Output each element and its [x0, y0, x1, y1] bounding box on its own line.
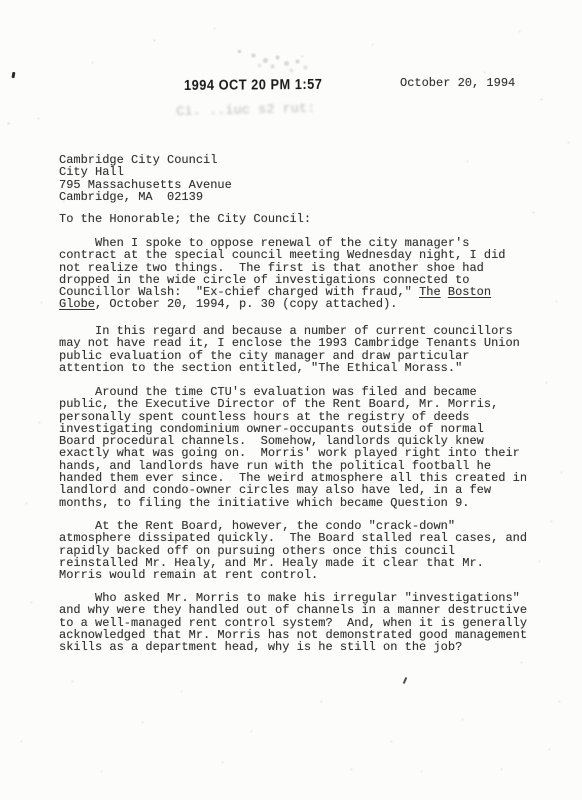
illegible-stamp-line: Ci. ..iuc s2 rut:	[176, 101, 316, 119]
citation-word-boston: Boston	[448, 285, 491, 299]
paragraph-5: Who asked Mr. Morris to make his irregul…	[59, 592, 551, 653]
scan-noise-speckles	[0, 0, 1, 1]
citation-word-globe: Globe	[59, 297, 95, 311]
paragraph-2: In this regard and because a number of c…	[59, 325, 551, 374]
received-date-stamp: 1994 OCT 20 PM 1:57	[184, 78, 322, 94]
letter-date: October 20, 1994	[400, 77, 515, 89]
recipient-address: Cambridge City Council City Hall 795 Mas…	[59, 154, 232, 203]
citation-space	[441, 285, 448, 299]
citation-word-the: The	[419, 285, 441, 299]
paragraph-1-text-end: , October 20, 1994, p. 30 (copy attached…	[95, 297, 397, 311]
ink-smudge	[238, 50, 241, 53]
scan-artifact-mark	[12, 72, 15, 78]
paragraph-4: At the Rent Board, however, the condo "c…	[59, 520, 551, 581]
salutation: To the Honorable; the City Council:	[59, 213, 311, 225]
scan-artifact-mark	[403, 677, 408, 684]
paragraph-3: Around the time CTU's evaluation was fil…	[59, 386, 551, 509]
letter-page: 1994 OCT 20 PM 1:57 October 20, 1994 Ci.…	[0, 0, 582, 800]
paragraph-1: When I spoke to oppose renewal of the ci…	[59, 237, 551, 311]
